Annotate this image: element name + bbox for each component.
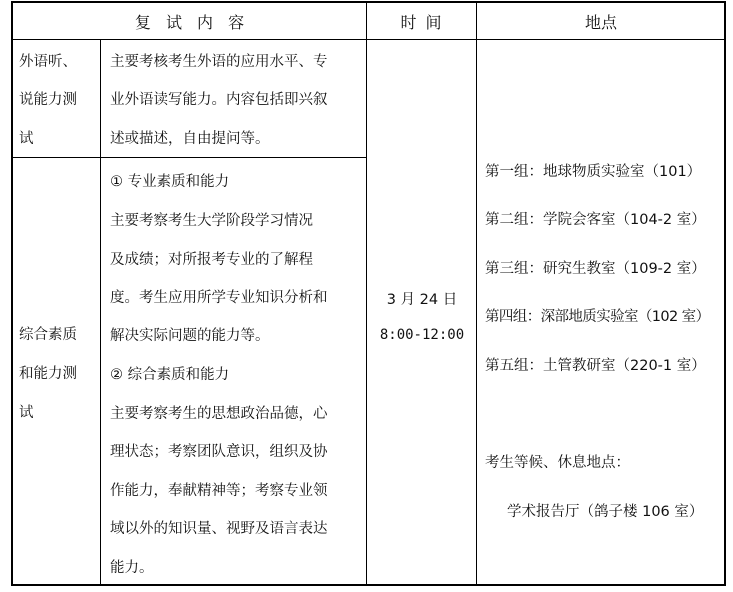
row2-content-line: 理状态；考察团队意识，组织及协: [110, 440, 328, 461]
row1-content: 主要考核考生外语的应用水平、专 业外语读写能力。内容包括即兴叙 述或描述，自由提…: [110, 40, 362, 157]
row2-content-line: 作能力，奉献精神等；考察专业领: [110, 479, 328, 500]
col-divider-category: [100, 40, 101, 584]
row1-content-line: 业外语读写能力。内容包括即兴叙: [110, 88, 328, 109]
col-divider-content: [366, 3, 367, 584]
row1-category-line: 说能力测: [19, 88, 77, 109]
header-content: 复 试 内 容: [13, 3, 366, 39]
row2-category-line: 和能力测: [19, 362, 77, 383]
row2-content-line: 域以外的知识量、视野及语言表达: [110, 517, 328, 538]
row2-content-line: 主要考察考生大学阶段学习情况: [110, 209, 313, 230]
exam-hours: 8:00-12:00: [368, 327, 476, 343]
row2-content-line: 解决实际问题的能力等。: [110, 324, 270, 345]
waiting-area-label: 考生等候、休息地点：: [485, 451, 630, 472]
location-cell: 第一组：地球物质实验室（101） 第二组：学院会客室（104-2 室） 第三组：…: [485, 40, 725, 586]
location-group-5: 第五组：土管教研室（220-1 室）: [485, 354, 706, 375]
row2-content-line: ② 综合素质和能力: [110, 363, 229, 384]
location-group-2: 第二组：学院会客室（104-2 室）: [485, 208, 706, 229]
col-divider-time: [476, 3, 477, 584]
row2-category: 综合素质 和能力测 试: [19, 158, 99, 586]
row2-category-line: 试: [19, 401, 34, 422]
row1-content-line: 述或描述，自由提问等。: [110, 127, 270, 148]
row2-content-line: 及成绩；对所报考专业的了解程: [110, 248, 313, 269]
row1-category-line: 试: [19, 127, 34, 148]
header-location-label: 地点: [585, 10, 617, 33]
header-time: 时 间: [366, 3, 476, 39]
row2-content-line: 能力。: [110, 556, 154, 577]
interview-schedule-table: 复 试 内 容 时 间 地点 外语听、 说能力测 试 主要考核考生外语的应用水平…: [11, 1, 726, 586]
row2-content-line: 度。考生应用所学专业知识分析和: [110, 286, 328, 307]
row2-content-line: 主要考察考生的思想政治品德，心: [110, 402, 328, 423]
exam-date: 3 月 24 日: [368, 288, 476, 309]
row1-category-line: 外语听、: [19, 50, 77, 71]
time-cell: 3 月 24 日 8:00-12:00: [368, 40, 476, 586]
row2-category-line: 综合素质: [19, 323, 77, 344]
header-location: 地点: [476, 3, 726, 39]
waiting-area-place: 学术报告厅（鸽子楼 106 室）: [507, 500, 703, 521]
row1-category: 外语听、 说能力测 试: [19, 40, 99, 157]
header-content-label: 复 试 内 容: [135, 10, 244, 33]
location-group-4: 第四组：深部地质实验室（102 室）: [485, 305, 709, 326]
row1-content-line: 主要考核考生外语的应用水平、专: [110, 50, 328, 71]
row2-content-line: ① 专业素质和能力: [110, 170, 229, 191]
location-group-3: 第三组：研究生教室（109-2 室）: [485, 257, 706, 278]
header-time-label: 时 间: [400, 10, 441, 33]
location-group-1: 第一组：地球物质实验室（101）: [485, 160, 701, 181]
row2-content: ① 专业素质和能力 主要考察考生大学阶段学习情况 及成绩；对所报考专业的了解程 …: [110, 158, 362, 586]
